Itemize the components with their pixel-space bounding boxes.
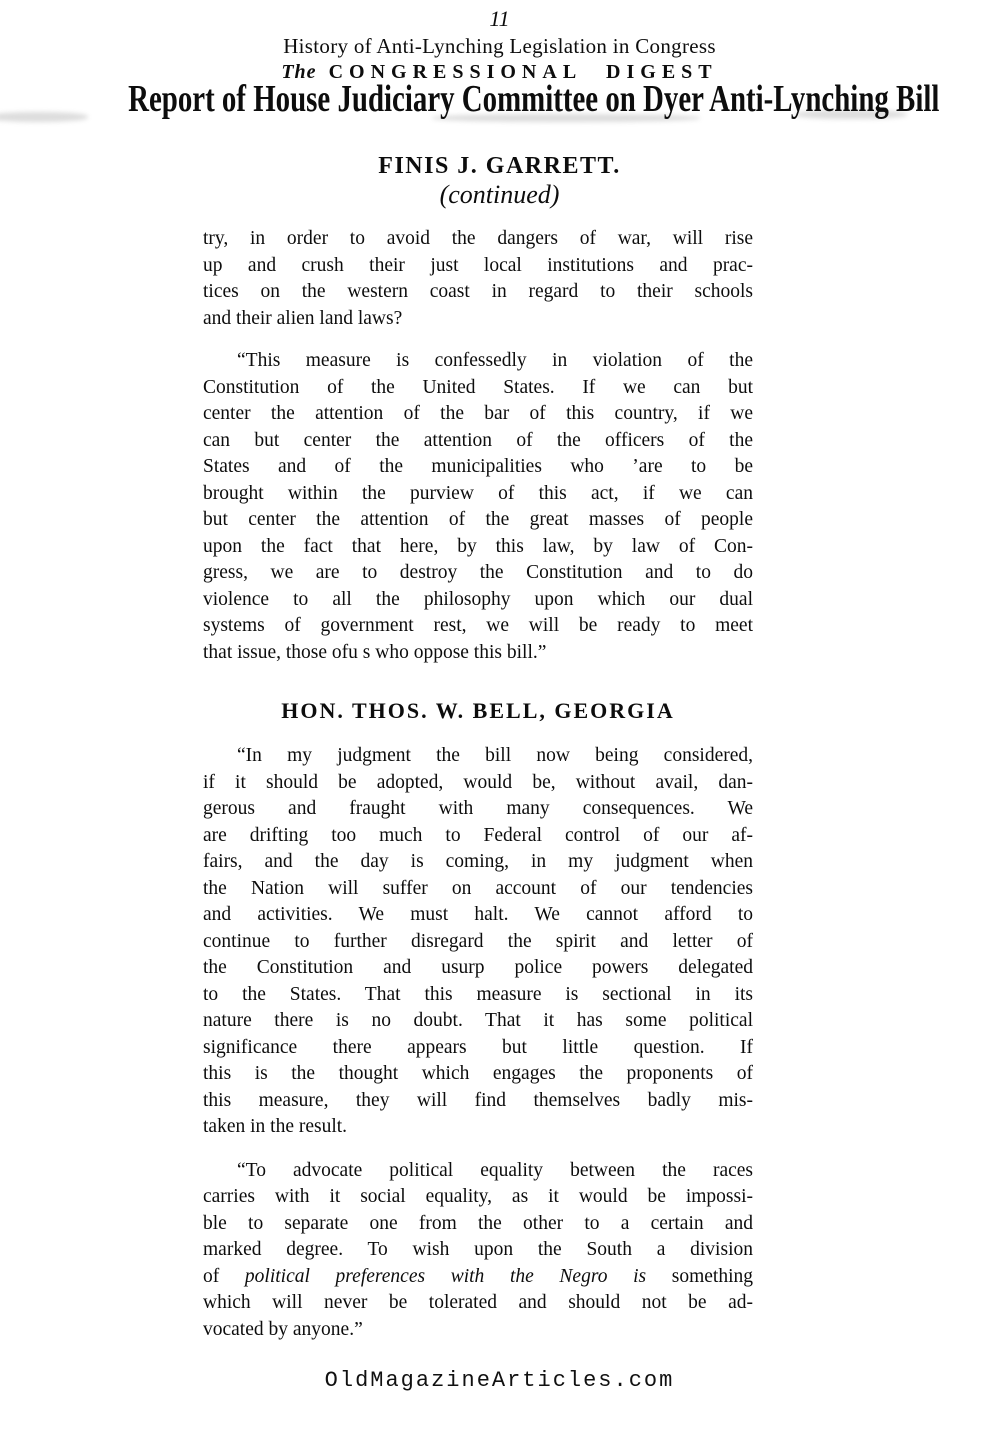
series-kicker: History of Anti-Lynching Legislation in … (0, 34, 999, 59)
text-line: vocated by anyone.” (203, 1317, 753, 1344)
text-line: gerous and fraught with many consequence… (203, 796, 753, 823)
text-line: and their alien land laws? (203, 306, 753, 333)
text-line: ble to separate one from the other to a … (203, 1211, 753, 1238)
text-line: if it should be adopted, would be, witho… (203, 770, 753, 797)
text-line: the Constitution and usurp police powers… (203, 955, 753, 982)
byline-continued: (continued) (0, 180, 999, 210)
text-line: systems of government rest, we will be r… (203, 613, 753, 640)
text-line: of political preferences with the Negro … (203, 1264, 753, 1291)
text-line: carries with it social equality, as it w… (203, 1184, 753, 1211)
text-line: nature there is no doubt. That it has so… (203, 1008, 753, 1035)
text-line: can but center the attention of the offi… (203, 428, 753, 455)
text-line: “In my judgment the bill now being consi… (203, 743, 753, 770)
body-paragraph: try, in order to avoid the dangers of wa… (203, 226, 753, 332)
text-line: up and crush their just local institutio… (203, 253, 753, 280)
text-line: this is the thought which engages the pr… (203, 1061, 753, 1088)
text-line: continue to further disregard the spirit… (203, 929, 753, 956)
body-paragraph: “To advocate political equality between … (203, 1158, 753, 1344)
text-line: which will never be tolerated and should… (203, 1290, 753, 1317)
page-number: 11 (0, 6, 999, 32)
scanned-magazine-page: { "page": { "number": "11", "kicker": "H… (0, 0, 999, 1444)
text-line: are drifting too much to Federal control… (203, 823, 753, 850)
text-line: “To advocate political equality between … (203, 1158, 753, 1185)
article-title: Report of House Judiciary Committee on D… (128, 78, 939, 120)
text-line: but center the attention of the great ma… (203, 507, 753, 534)
text-line: brought within the purview of this act, … (203, 481, 753, 508)
body-paragraph: “This measure is confessedly in violatio… (203, 348, 753, 666)
text-line: that issue, those ofu s who oppose this … (203, 640, 753, 667)
text-line: the Nation will suffer on account of our… (203, 876, 753, 903)
text-line: “This measure is confessedly in violatio… (203, 348, 753, 375)
body-paragraph: “In my judgment the bill now being consi… (203, 743, 753, 1141)
text-line: taken in the result. (203, 1114, 753, 1141)
text-line: to the States. That this measure is sect… (203, 982, 753, 1009)
text-line: marked degree. To wish upon the South a … (203, 1237, 753, 1264)
article-title-row: Report of House Judiciary Committee on D… (0, 78, 999, 128)
text-line: and activities. We must halt. We cannot … (203, 902, 753, 929)
section-heading: HON. THOS. W. BELL, GEORGIA (203, 698, 753, 724)
article-body: try, in order to avoid the dangers of wa… (203, 226, 753, 1343)
text-line: significance there appears but little qu… (203, 1035, 753, 1062)
byline-name: FINIS J. GARRETT. (0, 152, 999, 180)
text-line: this measure, they will find themselves … (203, 1088, 753, 1115)
text-line: try, in order to avoid the dangers of wa… (203, 226, 753, 253)
text-line: upon the fact that here, by this law, by… (203, 534, 753, 561)
page-header: 11 History of Anti-Lynching Legislation … (0, 6, 999, 210)
text-line: Constitution of the United States. If we… (203, 375, 753, 402)
text-line: States and of the municipalities who ’ar… (203, 454, 753, 481)
text-line: fairs, and the day is coming, in my judg… (203, 849, 753, 876)
text-line: tices on the western coast in regard to … (203, 279, 753, 306)
text-line: gress, we are to destroy the Constitutio… (203, 560, 753, 587)
text-line: violence to all the philosophy upon whic… (203, 587, 753, 614)
text-line: center the attention of the bar of this … (203, 401, 753, 428)
footer-watermark: OldMagazineArticles.com (0, 1368, 999, 1393)
